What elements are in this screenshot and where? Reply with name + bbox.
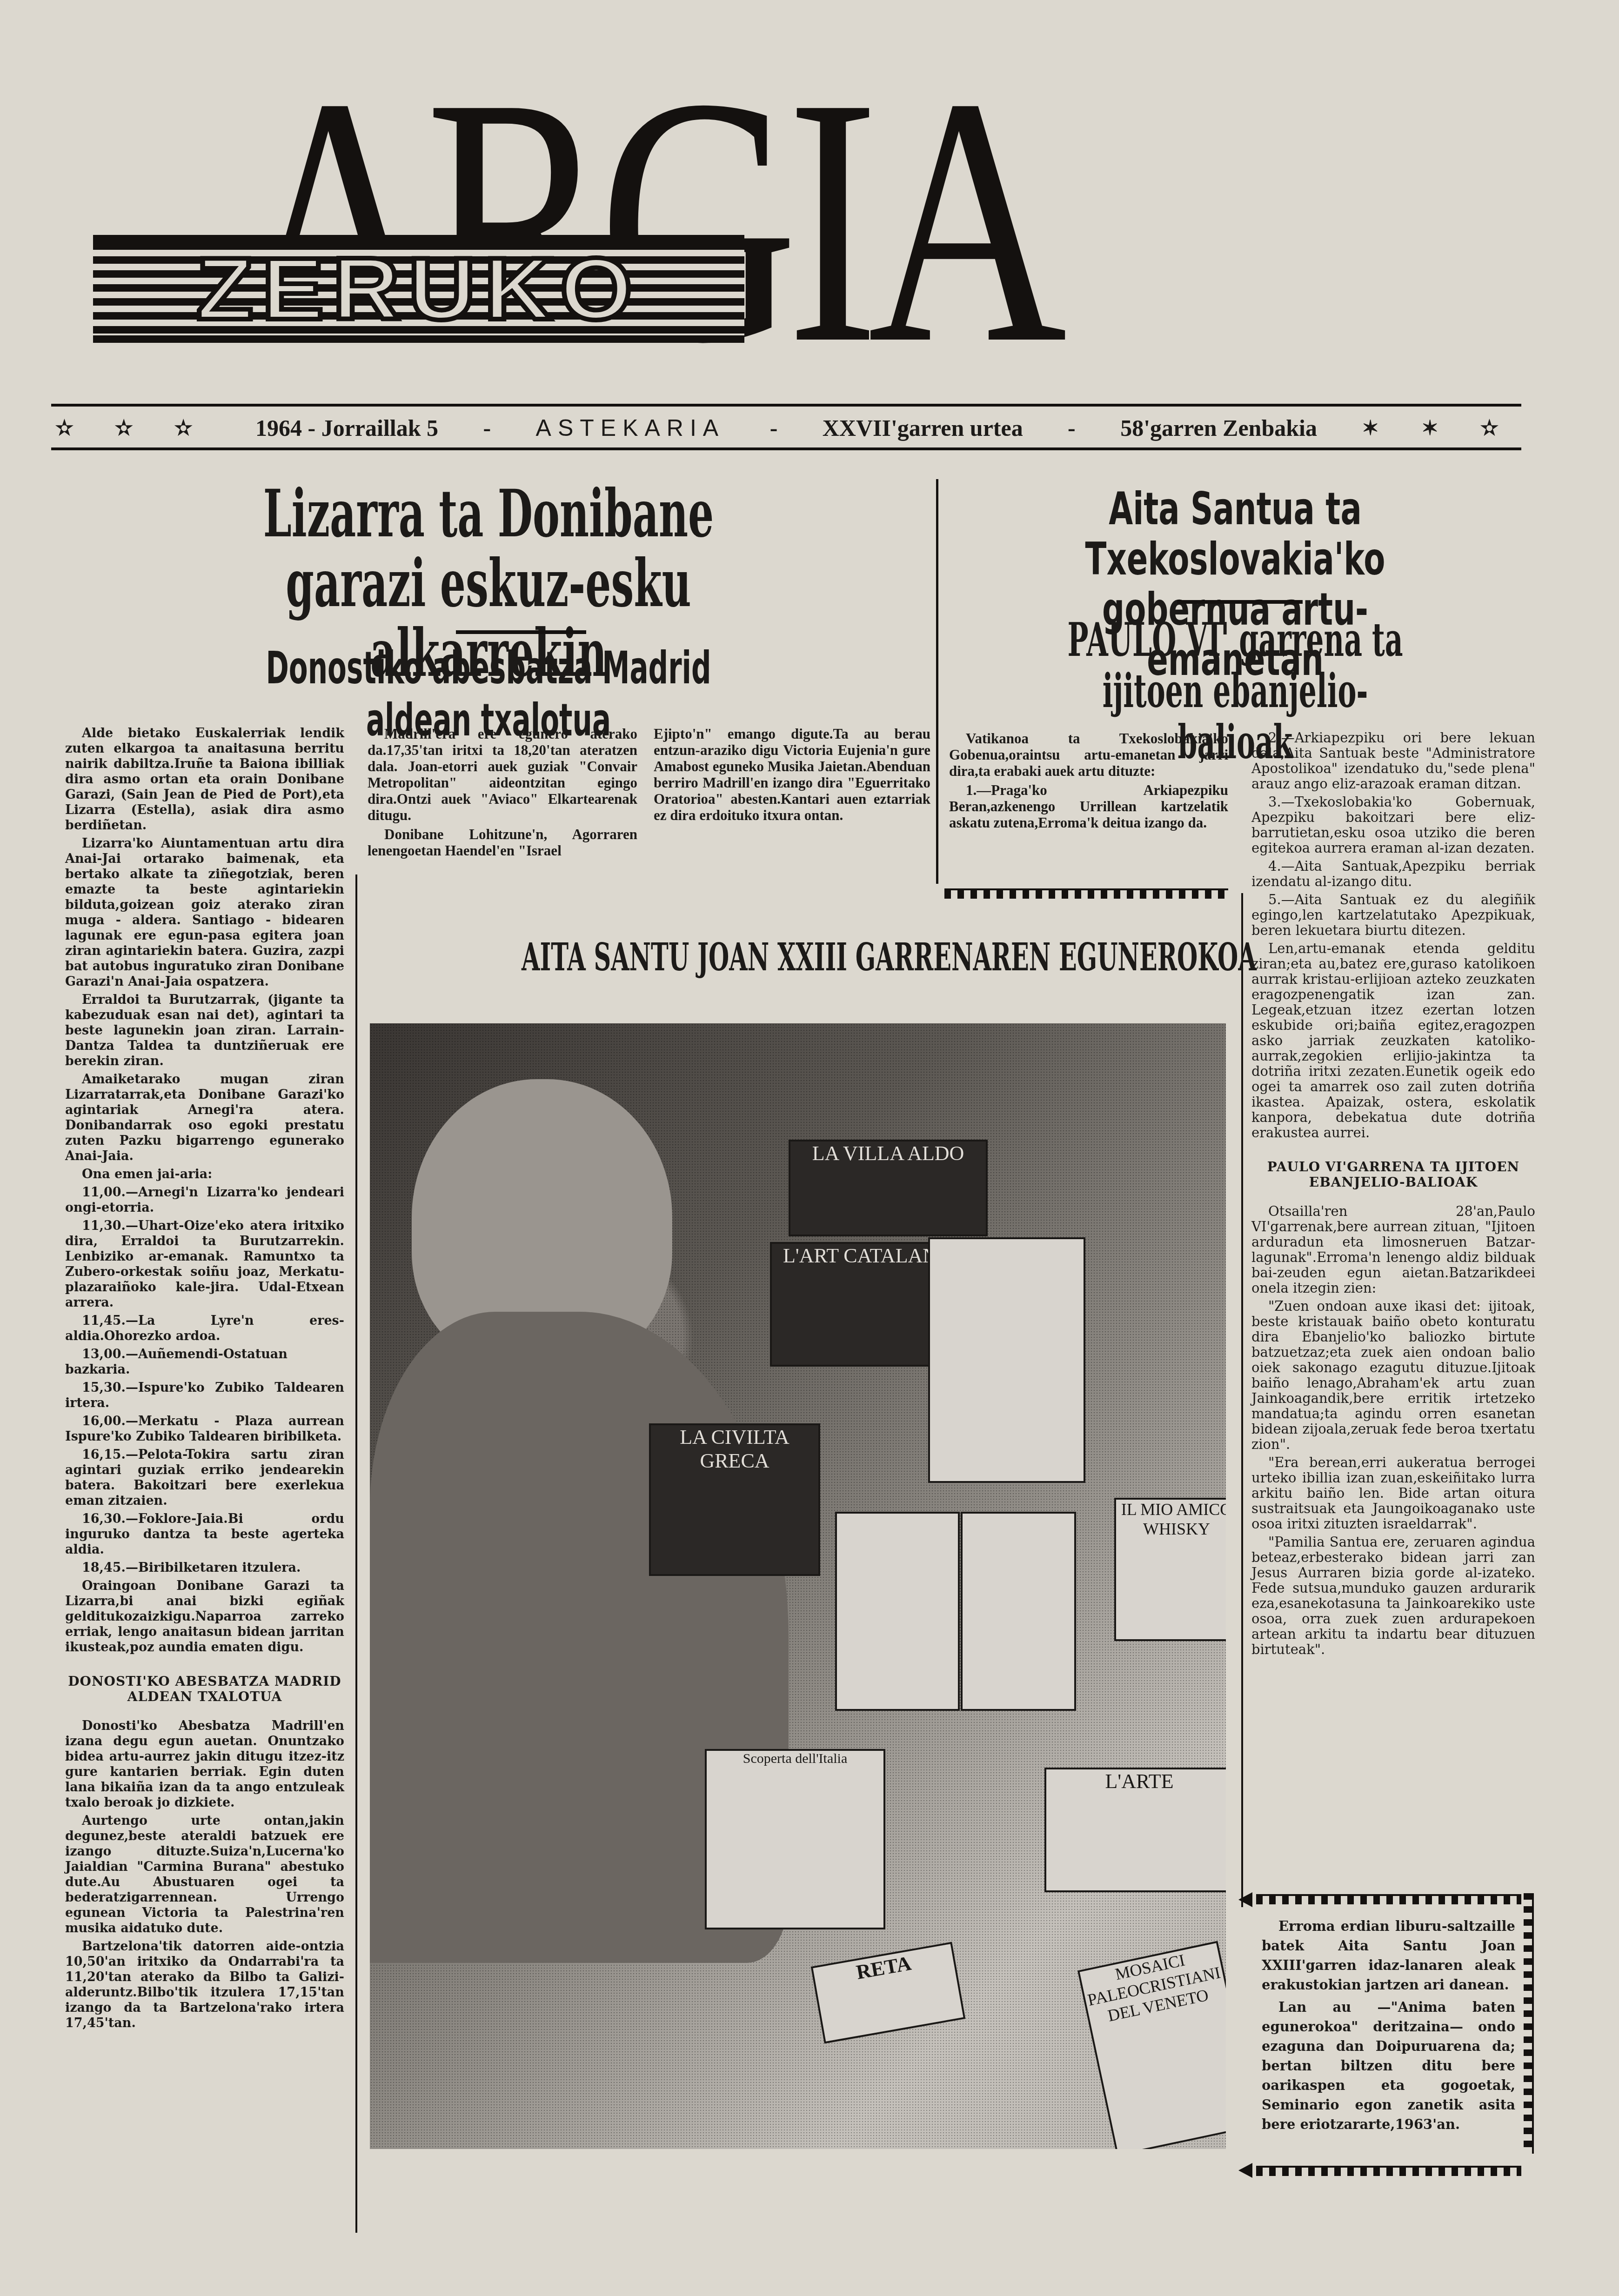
book-cover: [835, 1512, 960, 1711]
article-left-column-3: Ejipto'n" emango digute.Ta au berau entz…: [654, 726, 930, 826]
publication-type: ASTEKARIA: [536, 414, 725, 441]
quote-paragraph: "Pamilia Santua ere, zeruaren agindua be…: [1251, 1535, 1535, 1657]
volume-year: XXVII'garren urtea: [823, 414, 1023, 441]
star-icons-left: ✫ ✫ ✫: [56, 416, 211, 440]
quote-paragraph: "Era berean,erri aukeratua berrogei urte…: [1251, 1455, 1535, 1532]
book-cover: IL MIO AMICO WHISKY: [1114, 1498, 1226, 1641]
book-cover: LA VILLA ALDO: [789, 1140, 988, 1236]
book-cover: RETA: [811, 1942, 965, 2044]
book-cover: L'ART CATALAN: [770, 1242, 950, 1367]
paragraph: Aurtengo urte ontan,jakin degunez,beste …: [65, 1813, 344, 1936]
issue-date: 1964 - Jorraillak 5: [255, 414, 438, 441]
paragraph: Len,artu-emanak etenda gelditu ziran;eta…: [1251, 941, 1535, 1141]
paragraph: Erraldoi ta Burutzarrak, (jigante ta kab…: [65, 992, 344, 1069]
decorative-border: [944, 888, 1228, 899]
book-cover: MOSAICI PALEOCRISTIANI DEL VENETO: [1077, 1941, 1226, 2149]
section-heading: PAULO VI'GARRENA TA IJITOEN EBANJELIO-BA…: [1251, 1159, 1535, 1190]
masthead-overlay-text: ZERUKO: [196, 245, 641, 333]
book-cover: LA CIVILTA GRECA: [649, 1423, 820, 1576]
paragraph: Vatikanoa ta Txekoslobakia'ko Gobenua,or…: [949, 730, 1228, 779]
arrow-left-icon: [1238, 2163, 1252, 2178]
article-left-column-2: Madrill'era ere egunero aterako da.17,35…: [368, 726, 637, 861]
book-cover: Scoperta dell'Italia: [705, 1749, 885, 1929]
decorative-border: [1256, 1894, 1521, 1904]
book-cover: [961, 1512, 1076, 1711]
decorative-border: [1524, 1893, 1534, 2154]
article-right-column-2: 2.—Arkiapezpiku ori bere lekuan dala,Ait…: [1251, 730, 1535, 1660]
masthead: ARGIA ZERUKO: [79, 51, 1475, 395]
dateline: ✫ ✫ ✫ 1964 - Jorraillak 5 - ASTEKARIA - …: [56, 409, 1517, 447]
article-right-column-1: Vatikanoa ta Txekoslobakia'ko Gobenua,or…: [949, 730, 1228, 834]
paragraph: 3.—Txekoslobakia'ko Gobernuak, Apezpiku …: [1251, 794, 1535, 856]
photo-caption: Erroma erdian liburu-saltzaille batek Ai…: [1262, 1916, 1515, 2137]
column-divider: [936, 479, 938, 884]
schedule-item: 15,30.—Ispure'ko Zubiko Taldearen irtera…: [65, 1380, 344, 1411]
headline-divider: [456, 630, 586, 634]
section-heading: DONOSTI'KO ABESBATZA MADRID ALDEAN TXALO…: [65, 1674, 344, 1704]
column-divider: [1241, 893, 1243, 1907]
paragraph: Madrill'era ere egunero aterako da.17,35…: [368, 726, 637, 823]
paragraph: Donibane Lohitzune'n, Agorraren lenengoe…: [368, 826, 637, 859]
caption-paragraph: Lan au —"Anima baten egunerokoa" deritza…: [1262, 1997, 1515, 2134]
schedule-item: 16,15.—Pelota-Tokira sartu ziran agintar…: [65, 1447, 344, 1508]
issue-number: 58'garren Zenbakia: [1120, 414, 1317, 441]
headline-divider: [1177, 600, 1303, 604]
paragraph: Bartzelona'tik datorren aide-ontzia 10,5…: [65, 1939, 344, 2031]
photo-feature-title: AITA SANTU JOAN XXIII GARRENAREN EGUNERO…: [522, 935, 1070, 980]
paragraph: Donosti'ko Abesbatza Madrill'en izana de…: [65, 1718, 344, 1810]
caption-paragraph: Erroma erdian liburu-saltzaille batek Ai…: [1262, 1916, 1515, 1995]
schedule-item: 16,00.—Merkatu - Plaza aurrean Ispure'ko…: [65, 1414, 344, 1444]
photo-bookseller: LA VILLA ALDO L'ART CATALAN LA CIVILTA G…: [370, 1023, 1226, 2149]
paragraph: Ona emen jai-aria:: [65, 1167, 344, 1182]
schedule-item: 18,45.—Biribilketaren itzulera.: [65, 1560, 344, 1575]
dateline-bottom-rule: [51, 447, 1521, 450]
separator: -: [1068, 414, 1076, 441]
masthead-overlay-banner: ZERUKO: [93, 235, 744, 343]
decorative-border: [1256, 2166, 1521, 2176]
paragraph: 2.—Arkiapezpiku ori bere lekuan dala,Ait…: [1251, 730, 1535, 792]
paragraph: Oraingoan Donibane Garazi ta Lizarra,bi …: [65, 1578, 344, 1655]
star-icons-right: ✶ ✶ ✫: [1362, 416, 1517, 440]
paragraph: Lizarra'ko Aiuntamentuan artu dira Anai-…: [65, 836, 344, 989]
book-cover: [928, 1237, 1085, 1483]
paragraph: Amaiketarako mugan ziran Lizarratarrak,e…: [65, 1072, 344, 1164]
schedule-item: 11,45.—La Lyre'n eres-aldia.Ohorezko ard…: [65, 1313, 344, 1344]
paragraph: Alde bietako Euskalerriak lendik zuten e…: [65, 726, 344, 833]
dateline-top-rule: [51, 404, 1521, 407]
paragraph: Otsailla'ren 28'an,Paulo VI'garrenak,ber…: [1251, 1204, 1535, 1296]
paragraph: 1.—Praga'ko Arkiapezpiku Beran,azkenengo…: [949, 782, 1228, 831]
schedule-item: 11,00.—Arnegi'n Lizarra'ko jendeari ongi…: [65, 1185, 344, 1215]
quote-paragraph: "Zuen ondoan auxe ikasi det: ijitoak, be…: [1251, 1299, 1535, 1452]
separator: -: [483, 414, 491, 441]
book-cover: L'ARTE: [1044, 1768, 1226, 1892]
schedule-item: 13,00.—Auñemendi-Ostatuan bazkaria.: [65, 1347, 344, 1377]
paragraph: Ejipto'n" emango digute.Ta au berau entz…: [654, 726, 930, 823]
separator: -: [770, 414, 778, 441]
column-divider: [355, 874, 357, 2233]
paragraph: 5.—Aita Santuak ez du alegiñik egingo,le…: [1251, 892, 1535, 938]
article-left-column-1: Alde bietako Euskalerriak lendik zuten e…: [65, 726, 344, 2034]
paragraph: 4.—Aita Santuak,Apezpiku berriak izendat…: [1251, 859, 1535, 889]
arrow-left-icon: [1238, 1892, 1252, 1907]
schedule-item: 16,30.—Foklore-Jaia.Bi ordu inguruko dan…: [65, 1511, 344, 1557]
schedule-item: 11,30.—Uhart-Oize'eko atera iritxiko dir…: [65, 1218, 344, 1310]
